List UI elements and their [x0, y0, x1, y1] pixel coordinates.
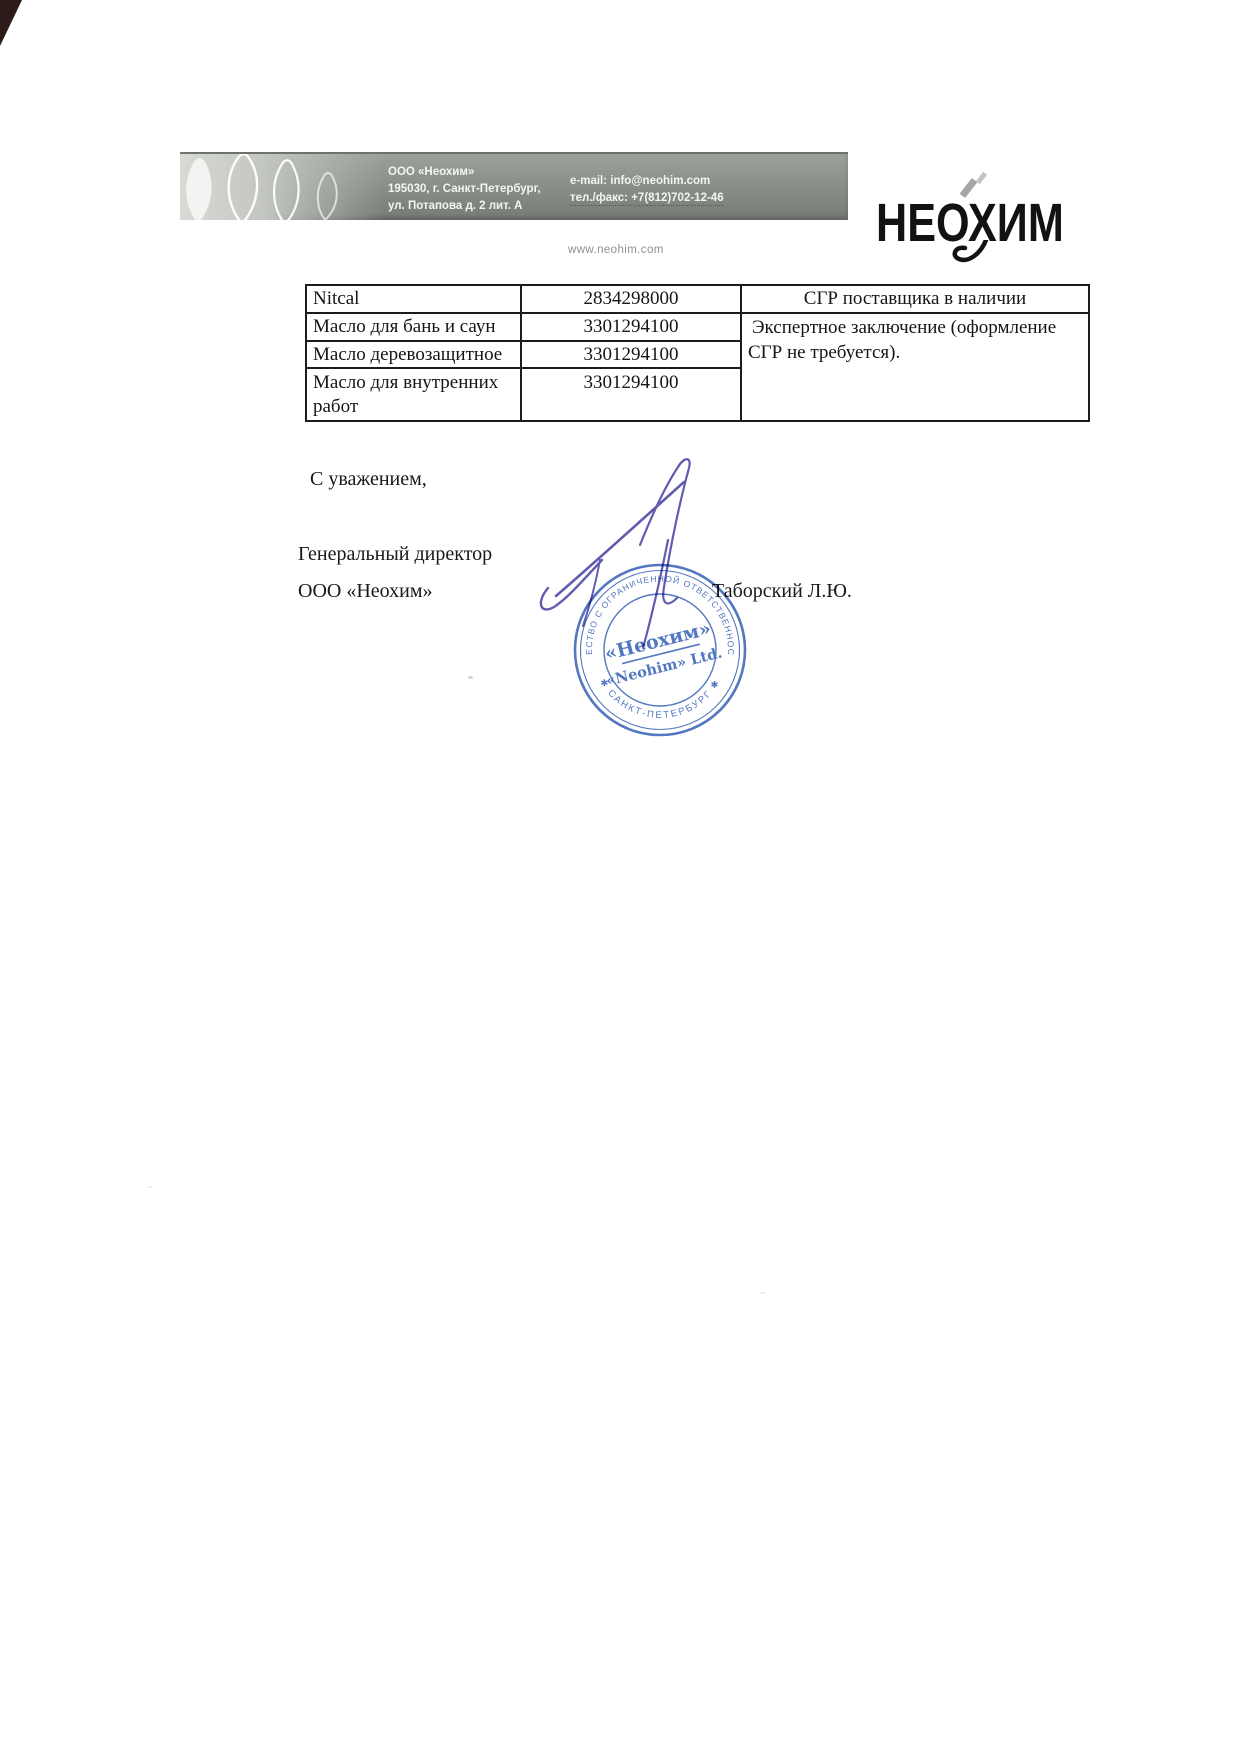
banner-address-2: ул. Потапова д. 2 лит. А [388, 198, 541, 215]
code-cell: 3301294100 [521, 313, 741, 341]
product-table: Nitcal 2834298000 СГР поставщика в налич… [305, 284, 1090, 422]
status-cell: СГР поставщика в наличии [741, 285, 1089, 313]
code-cell: 3301294100 [521, 368, 741, 421]
product-cell: Масло для бань и саун [306, 313, 521, 341]
scan-corner-artifact [0, 0, 22, 46]
table-row: Масло для бань и саун 3301294100 Эксперт… [306, 313, 1089, 341]
banner-address-1: 195030, г. Санкт-Петербург, [388, 181, 541, 198]
logo-accent-slash-small-icon [976, 172, 987, 185]
scan-speck [760, 1292, 766, 1294]
signature [470, 430, 760, 670]
drop-icons [180, 154, 385, 220]
status-merged-cell: Экспертное заключение (оформление СГР не… [741, 313, 1089, 421]
signer-title-line1: Генеральный директор [298, 543, 492, 566]
product-cell: Масло деревозащитное [306, 341, 521, 369]
signature-strokes-icon [470, 430, 760, 670]
banner-email: e-mail: info@neohim.com [570, 173, 724, 190]
signer-title-line2: ООО «Неохим» [298, 580, 433, 603]
document-page: ООО «Неохим» 195030, г. Санкт-Петербург,… [0, 0, 1240, 1755]
product-cell: Масло для внутренних работ [306, 368, 521, 421]
company-logo: НЕОХИМ [876, 196, 1111, 252]
banner-address-block: ООО «Неохим» 195030, г. Санкт-Петербург,… [388, 164, 541, 215]
code-cell: 3301294100 [521, 341, 741, 369]
code-cell: 2834298000 [521, 285, 741, 313]
banner-art [180, 154, 385, 220]
scan-speck [468, 676, 473, 679]
regards-text: С уважением, [310, 468, 427, 491]
website-url: www.neohim.com [568, 244, 664, 256]
banner-company: ООО «Неохим» [388, 164, 541, 181]
table-row: Nitcal 2834298000 СГР поставщика в налич… [306, 285, 1089, 313]
banner-phone: тел./факс: +7(812)702-12-46 [570, 192, 724, 206]
product-cell: Nitcal [306, 285, 521, 313]
header-banner: ООО «Неохим» 195030, г. Санкт-Петербург,… [180, 152, 848, 220]
scan-speck [148, 1186, 152, 1188]
logo-x-curl-icon [950, 240, 992, 266]
banner-contact-block: e-mail: info@neohim.com тел./факс: +7(81… [570, 173, 724, 207]
